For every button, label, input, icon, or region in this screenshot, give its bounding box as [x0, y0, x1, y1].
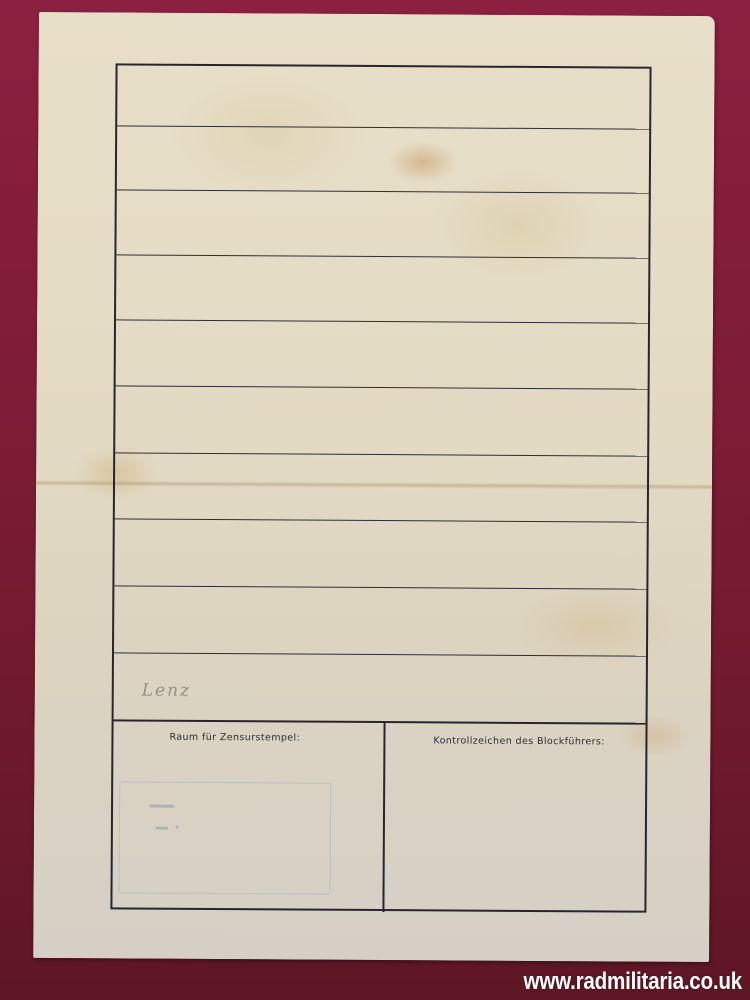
- ruled-line: [115, 452, 647, 456]
- control-mark-label: Kontrollzeichen des Blockführers:: [433, 735, 605, 747]
- control-mark-box: Kontrollzeichen des Blockführers:: [384, 723, 645, 911]
- ruled-line: [117, 125, 649, 129]
- ruled-line: [117, 189, 649, 193]
- handwriting-fragment: Lenz: [142, 681, 191, 701]
- form-frame: Lenz Raum für Zensurstempel: ▬▬▬▬ ▬▬ • K…: [110, 63, 651, 912]
- ruled-line: [116, 385, 648, 389]
- site-watermark: www.radmilitaria.co.uk: [524, 968, 742, 996]
- stamp-mark: ▬▬▬▬: [150, 801, 174, 812]
- last-writing-row: Lenz: [114, 652, 646, 722]
- faded-censor-stamp: ▬▬▬▬ ▬▬ •: [119, 781, 332, 894]
- lettersheet-paper: Lenz Raum für Zensurstempel: ▬▬▬▬ ▬▬ • K…: [33, 12, 715, 962]
- ruled-line: [115, 518, 647, 522]
- stamp-mark: ▬▬ •: [156, 823, 180, 834]
- ruled-line: [116, 254, 648, 258]
- censor-stamp-box: Raum für Zensurstempel: ▬▬▬▬ ▬▬ •: [112, 721, 383, 909]
- ruled-line: [116, 319, 648, 323]
- censor-stamp-label: Raum für Zensurstempel:: [169, 732, 300, 744]
- ruled-line: [114, 585, 646, 589]
